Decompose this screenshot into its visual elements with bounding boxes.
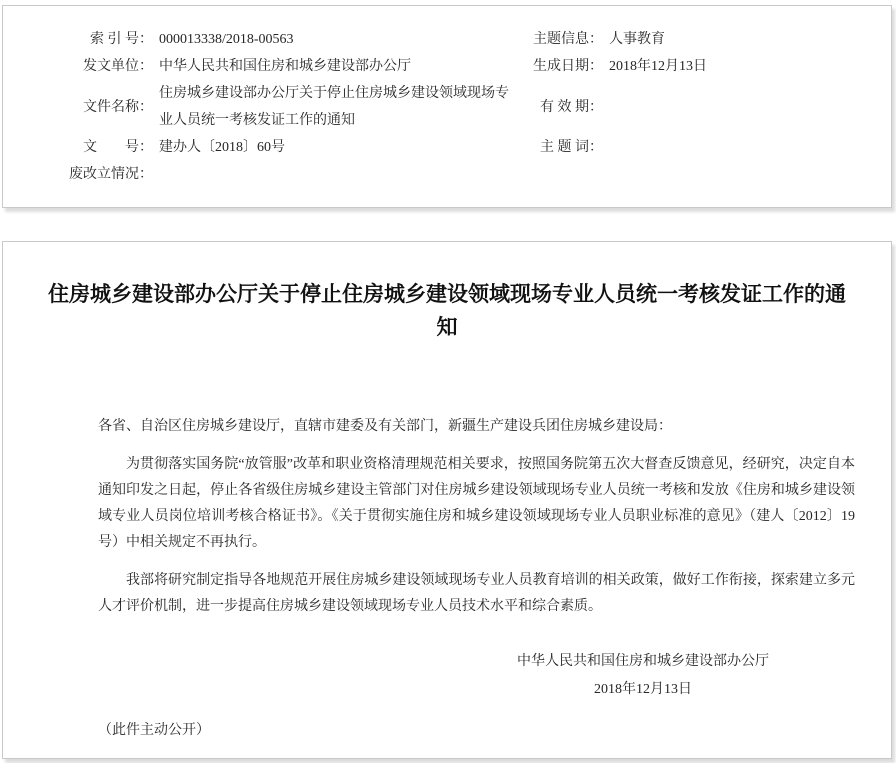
- meta-label-index-number: 索 引 号：: [3, 26, 153, 53]
- document-panel: 住房城乡建设部办公厅关于停止住房城乡建设领域现场专业人员统一考核发证工作的通知 …: [2, 241, 892, 759]
- body-paragraph-1: 为贯彻落实国务院“放管服”改革和职业资格清理规范相关要求，按照国务院第五次大督查…: [98, 452, 855, 556]
- metadata-table: 索 引 号： 000013338/2018-00563 主题信息： 人事教育 发…: [3, 26, 877, 188]
- meta-label-file-name: 文件名称：: [3, 94, 153, 121]
- meta-label-issuing-unit: 发文单位：: [3, 53, 153, 80]
- meta-value-issuing-unit: 中华人民共和国住房和城乡建设部办公厅: [153, 53, 515, 80]
- body-paragraph-2: 我部将研究制定指导各地规范开展住房城乡建设领域现场专业人员教育培训的相关政策，做…: [98, 568, 855, 620]
- metadata-panel: 索 引 号： 000013338/2018-00563 主题信息： 人事教育 发…: [2, 5, 892, 208]
- signature-date: 2018年12月13日: [517, 676, 769, 704]
- meta-value-index-number: 000013338/2018-00563: [153, 26, 515, 53]
- meta-value-issue-date: 2018年12月13日: [603, 53, 877, 80]
- meta-label-doc-number: 文 号：: [3, 134, 153, 161]
- meta-value-subject-info: 人事教育: [603, 26, 877, 53]
- meta-label-subject-info: 主题信息：: [515, 26, 603, 53]
- meta-label-validity: 有 效 期：: [515, 94, 603, 121]
- document-title: 住房城乡建设部办公厅关于停止住房城乡建设领域现场专业人员统一考核发证工作的通知: [43, 278, 851, 344]
- meta-value-file-name: 住房城乡建设部办公厅关于停止住房城乡建设领域现场专业人员统一考核发证工作的通知: [153, 80, 515, 134]
- meta-label-repeal-status: 废改立情况：: [3, 161, 153, 188]
- footer-note: （此件主动公开）: [98, 718, 891, 744]
- meta-value-doc-number: 建办人〔2018〕60号: [153, 134, 515, 161]
- meta-label-issue-date: 生成日期：: [515, 53, 603, 80]
- meta-label-keywords: 主 题 词：: [515, 134, 603, 161]
- salutation-line: 各省、自治区住房城乡建设厅，直辖市建委及有关部门，新疆生产建设兵团住房城乡建设局…: [98, 414, 855, 440]
- document-body: 各省、自治区住房城乡建设厅，直辖市建委及有关部门，新疆生产建设兵团住房城乡建设局…: [98, 414, 855, 620]
- signature-unit: 中华人民共和国住房和城乡建设部办公厅: [517, 648, 769, 676]
- signature-block: 中华人民共和国住房和城乡建设部办公厅 2018年12月13日: [517, 648, 769, 704]
